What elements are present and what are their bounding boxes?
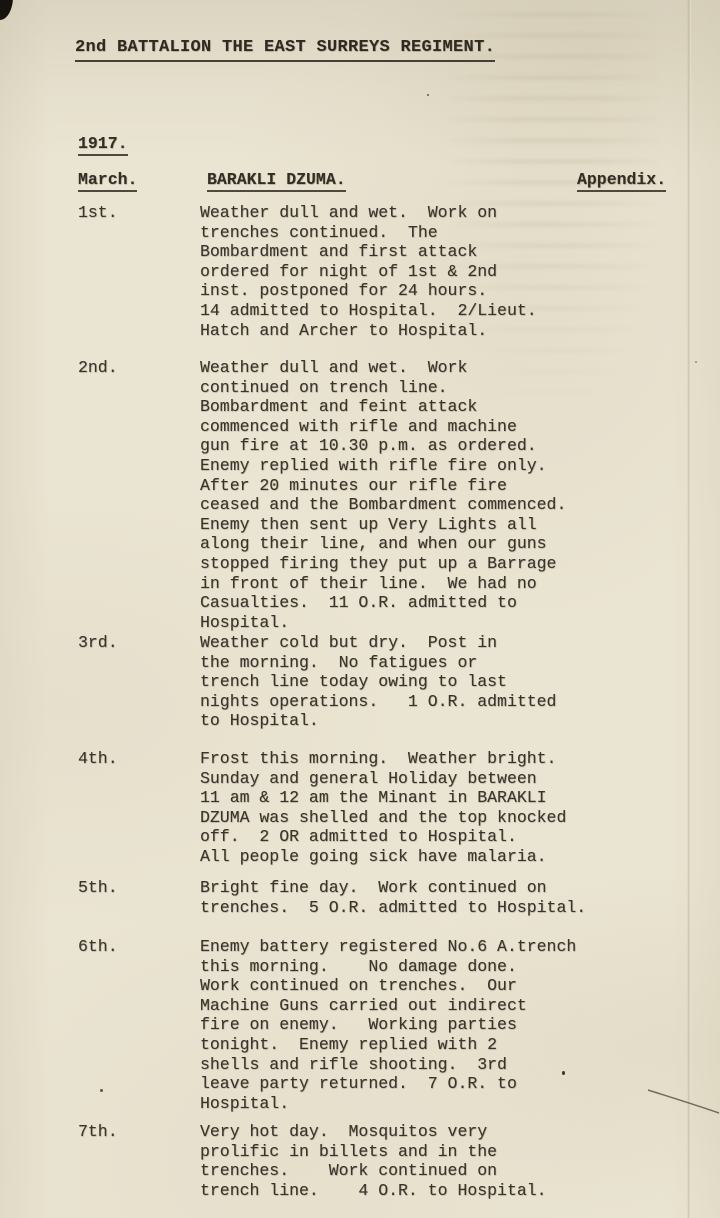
column-month: March.	[78, 170, 137, 192]
page-title: 2nd BATTALION THE EAST SURREYS REGIMENT.	[75, 38, 495, 62]
entry-text: Weather dull and wet. Work continued on …	[200, 358, 566, 632]
entry-date: 5th.	[78, 878, 118, 898]
entry-date: 7th.	[78, 1122, 118, 1142]
ink-speck	[100, 1089, 103, 1092]
column-place: BARAKLI DZUMA.	[207, 170, 346, 192]
entry-date: 2nd.	[78, 358, 118, 378]
entry-date: 1st.	[78, 203, 118, 223]
entry-text: Weather dull and wet. Work on trenches c…	[200, 203, 537, 340]
entry-date: 6th.	[78, 937, 118, 957]
entry-date: 4th.	[78, 749, 118, 769]
column-appendix: Appendix.	[577, 170, 666, 192]
ink-speck	[562, 1071, 565, 1075]
diary-page: 2nd BATTALION THE EAST SURREYS REGIMENT.…	[0, 0, 720, 1218]
entry-date: 3rd.	[78, 633, 118, 653]
pen-stroke-mark	[642, 1082, 720, 1120]
ink-speck	[427, 94, 429, 96]
year-label: 1917.	[78, 134, 128, 156]
entry-text: Bright fine day. Work continued on trenc…	[200, 878, 586, 917]
entry-text: Weather cold but dry. Post in the mornin…	[200, 633, 556, 731]
entry-text: Frost this morning. Weather bright. Sund…	[200, 749, 566, 867]
column-header-row: March. BARAKLI DZUMA. Appendix.	[0, 170, 720, 192]
entry-text: Enemy battery registered No.6 A.trench t…	[200, 937, 576, 1113]
scan-corner-mark	[0, 0, 13, 20]
ink-speck	[695, 361, 697, 363]
entry-text: Very hot day. Mosquitos very prolific in…	[200, 1122, 547, 1200]
